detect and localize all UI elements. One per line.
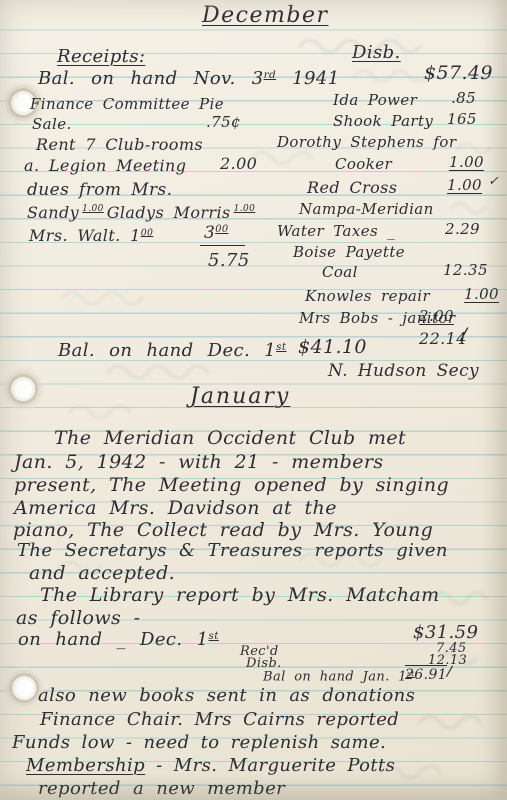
check-mark: ✓ — [488, 174, 499, 189]
closing-balance-label: Bal. on hand Dec. 1 — [58, 340, 276, 361]
receipt-entry-label: Rent 7 Club-rooms — [36, 135, 203, 154]
dues-amount-superscript: 00 — [141, 227, 154, 238]
receipt-entry-label: Finance Committee Pie — [30, 95, 224, 113]
disb-entry-amount: 1.00 — [447, 176, 482, 194]
minutes-line: The Secretarys & Treasures reports given — [17, 540, 448, 561]
opening-balance-amount: $57.49 — [424, 62, 493, 84]
membership-label: Membership — [26, 755, 145, 776]
disb-entry-amount: 1.00 — [449, 153, 484, 171]
receipt-entry-walt-line: Mrs. Walt. 100 — [29, 226, 153, 245]
disb-entry-label: Knowles repair — [305, 287, 430, 305]
ordinal-superscript: st — [209, 630, 219, 642]
closing-balance-amount: $41.10 — [298, 336, 367, 358]
dues-amount-superscript: 1.00 — [234, 204, 256, 214]
note-line: Finance Chair. Mrs Cairns reported — [40, 709, 399, 730]
notebook-page: December Receipts: Disb. Bal. on hand No… — [0, 0, 507, 800]
note-line: reported a new member — [38, 778, 285, 799]
receipt-entry-label: dues from Mrs. — [27, 180, 172, 200]
dues-amount-superscript: 1.00 — [82, 204, 104, 214]
closing-balance-line: Bal. on hand Dec. 1st — [58, 340, 287, 361]
disb-entry-label: Water Taxes _ — [277, 222, 395, 240]
punch-hole-middle — [2, 367, 48, 413]
receipt-entry-amount: 2.00 — [220, 154, 257, 173]
opening-balance-year: 1941 — [292, 68, 339, 89]
disb-entry-label: Nampa-Meridian — [299, 200, 434, 218]
disb-entry-amount: 12.35 — [443, 261, 488, 279]
disb-entry-label: Boise Payette — [293, 243, 405, 261]
note-line: Funds low - need to replenish same. — [12, 732, 386, 753]
receipt-entry-label: a. Legion Meeting — [24, 156, 186, 175]
membership-line: Membership - Mrs. Marguerite Potts — [26, 755, 395, 776]
minutes-line: America Mrs. Davidson at the — [14, 497, 337, 519]
receipt-entry-amount: .75¢ — [206, 113, 241, 131]
disb-entry-label: Ida Power — [333, 91, 417, 109]
minutes-line: The Meridian Occident Club met — [54, 427, 406, 449]
opening-balance-line: Bal. on hand Nov. 3rd 1941 — [38, 68, 340, 89]
ordinal-superscript: st — [276, 341, 286, 353]
secretary-signature: N. Hudson Secy — [328, 361, 479, 381]
receipts-total: 5.75 — [208, 250, 250, 271]
december-title: December — [202, 3, 328, 28]
disb-entry-label: Shook Party — [333, 112, 433, 130]
opening-balance-label: Bal. on hand Nov. 3 — [38, 68, 264, 89]
dues-name: Gladys Morris — [107, 203, 231, 222]
january-title: January — [190, 384, 290, 409]
library-balance-line: Bal on hand Jan. 1st — [263, 669, 415, 685]
disbursements-header: Disb. — [352, 42, 401, 63]
library-on-hand-amount: $31.59 — [413, 622, 478, 643]
library-on-hand-line: on hand _ Dec. 1st — [18, 629, 219, 650]
note-line: also new books sent in as donations — [38, 685, 415, 706]
minutes-line: present, The Meeting opened by singing — [14, 474, 449, 496]
disb-entry-amount: 2.29 — [445, 220, 480, 238]
library-balance-amount: 26.91 — [405, 665, 447, 683]
disb-entry-amount: 1.00 — [464, 285, 499, 303]
receipt-entry-label: Sale. — [32, 115, 72, 133]
disb-entry-label: Coal — [322, 263, 358, 281]
dues-name: Mrs. Walt. 1 — [29, 226, 141, 245]
minutes-line: as follows - — [16, 607, 140, 629]
receipt-entry-dues-line: Sandy1.00Gladys Morris1.00 — [27, 203, 258, 222]
minutes-line: Jan. 5, 1942 - with 21 - members — [14, 451, 384, 473]
library-on-hand-label: on hand _ Dec. 1 — [18, 629, 209, 650]
minutes-line: and accepted. — [29, 562, 175, 584]
dues-name: Sandy — [27, 203, 79, 222]
ordinal-superscript: rd — [264, 69, 276, 81]
disb-entry-label: Dorothy Stephens for — [277, 133, 456, 151]
disb-entry-label: Cooker — [335, 155, 392, 173]
disb-entry-amount: .85 — [451, 89, 476, 107]
receipts-subtotal: 300 — [200, 223, 245, 246]
disb-entry-amount: 165 — [447, 110, 477, 128]
disb-entry-amount: 2.00 — [419, 307, 454, 325]
disb-entry-label: Red Cross — [307, 178, 397, 197]
minutes-line: The Library report by Mrs. Matcham — [40, 584, 440, 606]
subtotal-superscript: 00 — [215, 224, 228, 235]
membership-rest: - Mrs. Marguerite Potts — [156, 755, 395, 776]
minutes-line: piano, The Collect read by Mrs. Young — [13, 519, 433, 541]
library-balance-label: Bal on hand Jan. 1 — [263, 670, 407, 685]
subtotal-value: 3 — [204, 223, 215, 243]
receipts-header: Receipts: — [57, 46, 145, 67]
